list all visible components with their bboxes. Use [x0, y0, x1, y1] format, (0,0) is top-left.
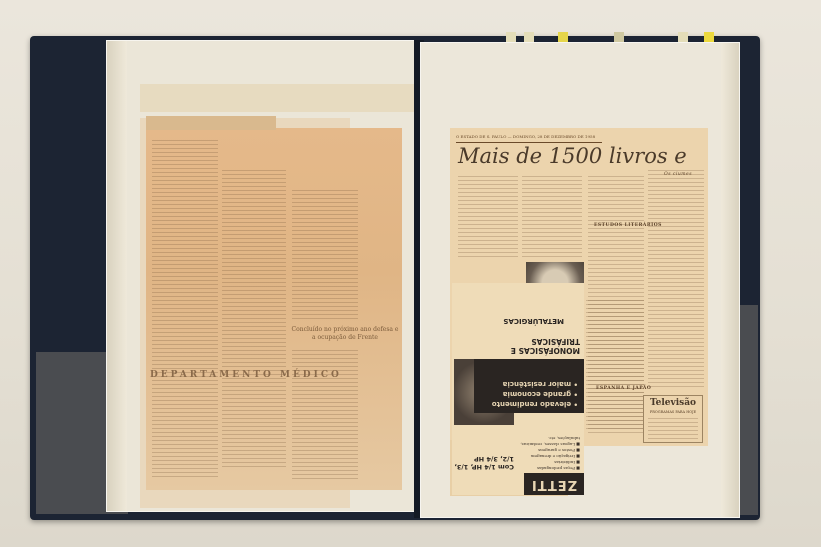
binder-inner-pocket-right — [738, 305, 758, 515]
left-clipping-subheading: Concluído no próximo ano defesa e a ocup… — [290, 326, 400, 342]
ad-product-line: MONOFÁSICAS E TRIFÁSICAS — [460, 337, 580, 355]
ad-brand: ZETTI — [524, 473, 584, 495]
tv-listing-box: Televisão PROGRAMAS PARA HOJE — [643, 395, 703, 443]
ad-maker: METALÚRGICAS — [464, 317, 564, 325]
section-heading: Os ciumes — [664, 172, 692, 177]
newspaper-masthead: O ESTADO DE S. PAULO — DOMINGO, 28 DE DE… — [456, 134, 602, 143]
ad-uses-list: ■ Peças prolongadas■ Indústrias■ Irrigaç… — [516, 435, 580, 471]
tv-listing-subtitle: PROGRAMAS PARA HOJE — [644, 410, 702, 414]
section-heading: ESTUDOS LITERÁRIOS — [594, 223, 662, 228]
inverted-advertisement: ZETTI Com 1/4 HP, 1/3, 1/2, 3/4 HP ■ Peç… — [452, 283, 584, 495]
ad-power-spec: Com 1/4 HP, 1/3, 1/2, 3/4 HP — [454, 455, 514, 471]
paper-strip — [140, 84, 415, 112]
ad-features: • elevado rendimento• grande economia• m… — [474, 359, 584, 413]
section-heading: ESPANHA E JAPÃO — [596, 386, 651, 391]
left-clipping-header — [146, 116, 276, 130]
left-clipping-heading: DEPARTAMENTO MÉDICO — [150, 370, 400, 380]
tv-listing-title: Televisão — [644, 398, 702, 408]
clipping-headline: Mais de 1500 livros e — [458, 144, 687, 168]
